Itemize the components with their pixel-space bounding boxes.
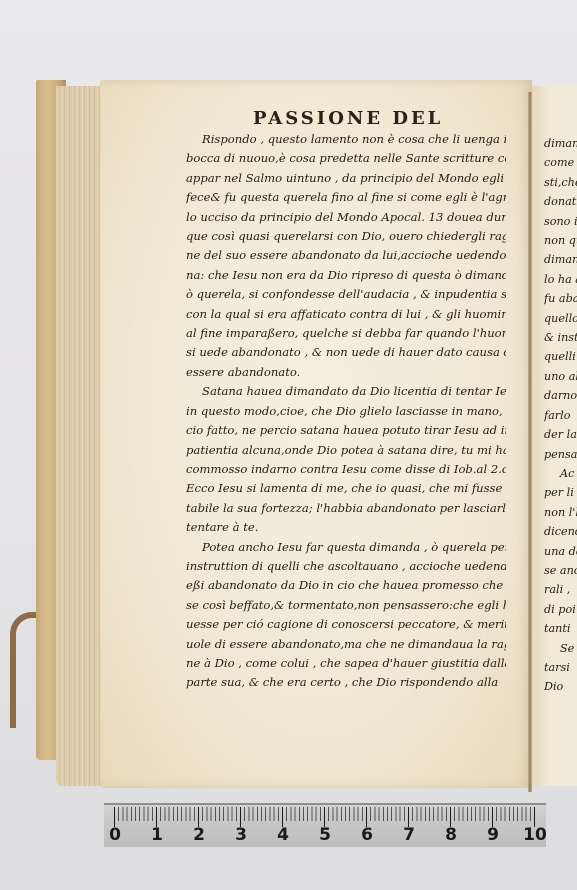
text-line: pensa [544,445,577,464]
text-line: al fine imparaßero, quelche si debba far… [186,324,506,343]
text-line: donati [544,192,577,211]
text-line: farlo [544,406,577,425]
text-line: tentare à te. [186,518,506,537]
text-line: uole di essere abandonato,ma che ne dima… [186,635,506,654]
text-line: dimand [544,134,577,153]
text-line: appar nel Salmo uintuno , da principio d… [186,169,506,188]
text-line: patientia alcuna,onde Dio potea à satana… [186,441,506,460]
text-line: que così quasi querelarsi con Dio, ouero… [186,227,506,246]
text-line: per li [544,483,577,502]
ruler-label: 2 [193,825,205,845]
ruler-label: 8 [445,825,457,845]
text-line: se così beffato,& tormentato,non pensass… [186,596,506,615]
text-line: non l'h [544,503,577,522]
text-line: se anc [544,561,577,580]
text-line: Dio [544,677,577,696]
text-line: uesse per ció cagione di conoscersi pecc… [186,615,506,634]
text-line: Satana hauea dimandato da Dio licentia d… [186,382,506,401]
bookmark-ribbon [10,612,38,728]
ruler-label: 1 [151,825,163,845]
text-line: non qu [544,231,577,250]
text-line: tarsi [544,658,577,677]
text-line: lo ha a [544,270,577,289]
text-line: quelli [544,347,577,366]
text-line: eßi abandonato da Dio in cio che hauea p… [186,576,506,595]
text-line: uno ab [544,367,577,386]
ruler-label: 3 [235,825,247,845]
text-line: fece& fu questa querela fino al fine si … [186,188,506,207]
ruler-label: 7 [403,825,415,845]
text-line: na: che Iesu non era da Dio ripreso di q… [186,266,506,285]
text-line: rali , [544,580,577,599]
text-line: lo ucciso da principio del Mondo Apocal.… [186,208,506,227]
text-line: ne à Dio , come colui , che sapea d'haue… [186,654,506,673]
text-line: commosso indarno contra Iesu come disse … [186,460,506,479]
page-edges [56,86,104,786]
text-line: tanti [544,619,577,638]
text-line: ne del suo essere abandonato da lui,acci… [186,246,506,265]
text-line: Potea ancho Iesu far questa dimanda , ò … [186,538,506,557]
text-line: quello [544,309,577,328]
ruler-label: 0 [109,825,121,845]
ruler-label: 10 [523,825,547,845]
ruler-label: 9 [487,825,499,845]
text-line: dicend [544,522,577,541]
ruler-major-ticks [114,807,535,827]
text-line: in questo modo,cioe, che Dio glielo lasc… [186,402,506,421]
ruler-labels: 012345678910 [104,825,546,845]
left-page-text: Rispondo , questo lamento non è cosa che… [186,130,506,693]
scale-ruler: 012345678910 [104,803,546,847]
text-line: ò querela, si confondesse dell'audacia ,… [186,285,506,304]
ruler-label: 5 [319,825,331,845]
book-gutter [528,92,532,792]
ruler-label: 4 [277,825,289,845]
text-line: come p [544,153,577,172]
text-line: Ac [544,464,577,483]
text-line: dimand [544,250,577,269]
text-line: tabile la sua fortezza; l'habbia abandon… [186,499,506,518]
text-line: cio fatto, ne percio satana hauea potuto… [186,421,506,440]
text-line: si uede abandonato , & non uede di hauer… [186,343,506,362]
running-head: PASSIONE DEL [253,108,443,129]
ruler-label: 6 [361,825,373,845]
text-line: di poi [544,600,577,619]
text-line: parte sua, & che era certo , che Dio ris… [186,673,506,692]
book-photograph: PASSIONE DEL Rispondo , questo lamento n… [0,0,577,890]
text-line: instruttion di quelli che ascoltauano , … [186,557,506,576]
text-line: fu aba [544,289,577,308]
text-line: & inst [544,328,577,347]
text-line: bocca di nuouo,è cosa predetta nelle San… [186,149,506,168]
text-line: sti,che [544,173,577,192]
text-line: una de [544,542,577,561]
right-page-text-fragment: dimandcome psti,chedonatisono innon qudi… [544,134,577,697]
text-line: essere abandonato. [186,363,506,382]
text-line: der la [544,425,577,444]
text-line: sono in [544,212,577,231]
text-line: darno [544,386,577,405]
text-line: Se [544,639,577,658]
text-line: Rispondo , questo lamento non è cosa che… [186,130,506,149]
text-line: Ecco Iesu si lamenta di me, che io quasi… [186,479,506,498]
text-line: con la qual si era affaticato contra di … [186,305,506,324]
